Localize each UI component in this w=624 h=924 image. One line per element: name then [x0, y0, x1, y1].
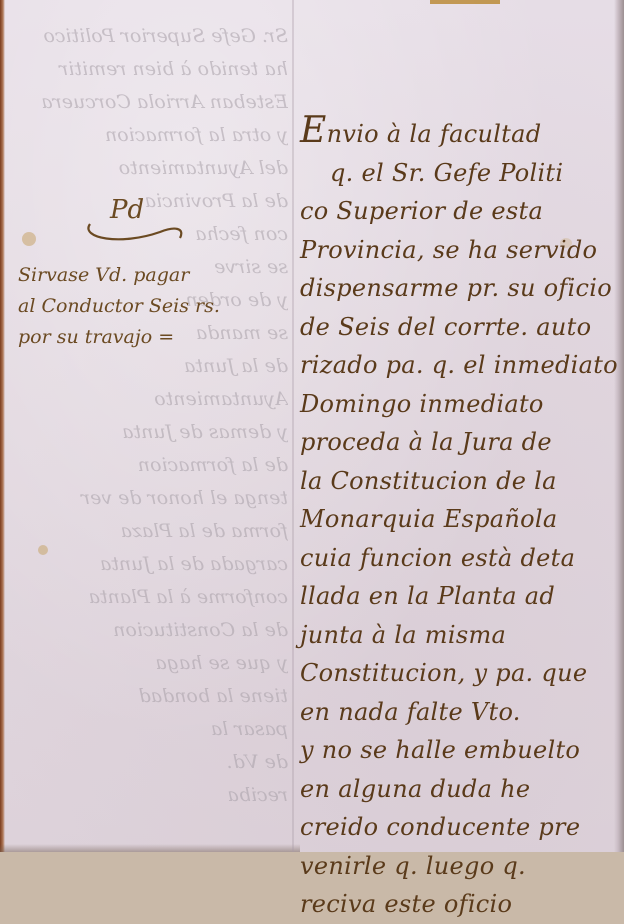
bleed-line: y que se haga [8, 647, 288, 680]
body-line: la Constitucion de la [300, 462, 615, 501]
body-line: llada en la Planta ad [300, 577, 615, 616]
bleed-line: de la Constitucion [8, 614, 288, 647]
bleed-line: ha tenido à bien remitir [8, 53, 288, 86]
bleed-line: Sr. Gefe Superior Politico [8, 20, 288, 53]
bleed-line: pasar la [8, 713, 288, 746]
body-line: Envio à la facultad [300, 112, 615, 154]
body-line: junta à la misma [300, 616, 615, 655]
manuscript-page: Sr. Gefe Superior Politico ha tenido à b… [0, 0, 624, 852]
bleed-line: y otra la formacion [8, 119, 288, 152]
bleed-line: tiene la bondad [8, 680, 288, 713]
body-line: proceda à la Jura de [300, 423, 615, 462]
bleed-through-text: Sr. Gefe Superior Politico ha tenido à b… [8, 20, 288, 850]
body-line: dispensarme pr. su oficio [300, 269, 615, 308]
bleed-line: de la Junta [8, 350, 288, 383]
bleed-line: cargada de la Junta [8, 548, 288, 581]
body-line: Domingo inmediato [300, 385, 615, 424]
marginal-line: al Conductor Seis rs. [18, 291, 288, 322]
bleed-line: y demas de Junta [8, 416, 288, 449]
bleed-line: de la formacion [8, 449, 288, 482]
marginal-line: por su travajo = [18, 322, 288, 353]
body-line: co Superior de esta [300, 192, 615, 231]
bleed-line: Ayuntamiento [8, 383, 288, 416]
binding-edge [0, 0, 5, 852]
body-line: de Seis del corrte. auto [300, 308, 615, 347]
marginal-line: Sirvase Vd. pagar [18, 260, 288, 291]
body-line: cuia funcion està deta [300, 539, 615, 578]
body-line: q. el Sr. Gefe Politi [300, 154, 615, 193]
page-edge [614, 0, 624, 852]
body-line: en alguna duda he [300, 770, 615, 809]
body-line: rizado pa. q. el inmediato [300, 346, 615, 385]
body-line: Constitucion, y pa. que [300, 654, 615, 693]
body-line: Monarquia Española [300, 500, 615, 539]
bleed-line: de Vd. [8, 746, 288, 779]
column-fold [292, 0, 294, 852]
body-line: creido conducente pre [300, 808, 615, 847]
bleed-line: del Ayuntamiento [8, 152, 288, 185]
body-line: y no se halle embuelto [300, 731, 615, 770]
flourish-icon [80, 216, 190, 246]
top-stain [430, 0, 500, 4]
body-line: venirle q. luego q. [300, 847, 615, 853]
letter-body: Envio à la facultad q. el Sr. Gefe Polit… [300, 112, 615, 852]
bleed-line: reciba [8, 779, 288, 812]
bleed-line: forma de la Plaza [8, 515, 288, 548]
bleed-line: Esteban Arriola Corcuera [8, 86, 288, 119]
body-line: en nada falte Vto. [300, 693, 615, 732]
bleed-line: tenga el honor de ver [8, 482, 288, 515]
marginal-note: Pd Sirvase Vd. pagar al Conductor Seis r… [18, 190, 288, 353]
bleed-line: conforme à la Planta [8, 581, 288, 614]
body-line: Provincia, se ha servido [300, 231, 615, 270]
